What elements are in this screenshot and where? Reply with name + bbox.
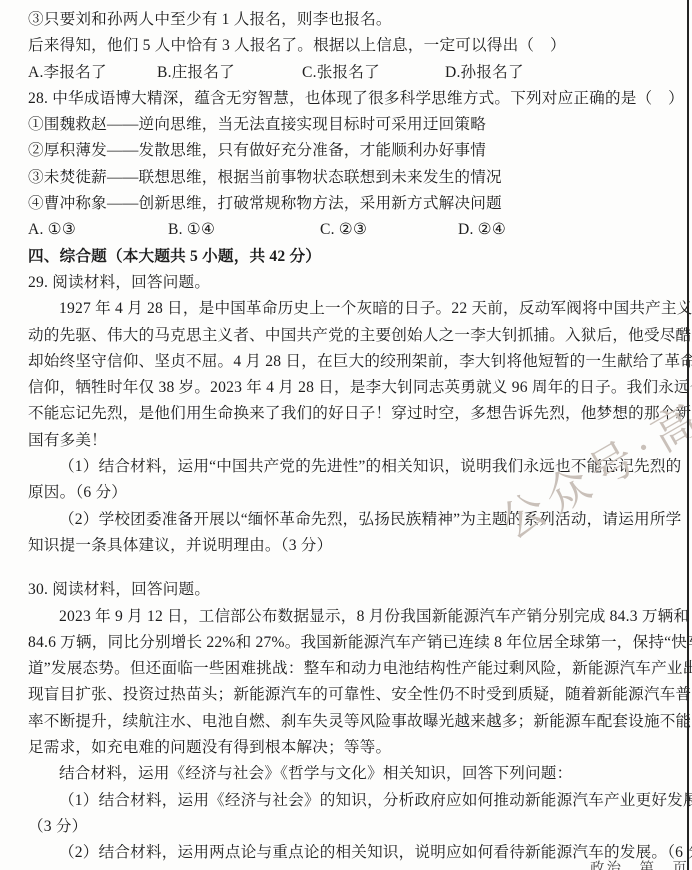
text-line: 84.6 万辆，同比分别增长 22%和 27%。我国新能源汽车产销已连续 8 年… bbox=[28, 630, 672, 656]
text-line: 现盲目扩张、投资过热苗头；新能源汽车的可靠性、安全性仍不时受到质疑，随着新能源汽… bbox=[28, 682, 672, 708]
text-line: 道”发展态势。但还面临一些困难挑战：整车和动力电池结构性产能过剩风险，新能源汽车… bbox=[28, 656, 672, 682]
q27-options-row: A.李报名了 B.庄报名了 C.张报名了 D.孙报名了 bbox=[28, 60, 672, 86]
text-line: 却始终坚守信仰、坚贞不屈。4 月 28 日，在巨大的绞刑架前，李大钊将他短暂的一… bbox=[28, 349, 672, 375]
option-b: B.庄报名了 bbox=[157, 60, 235, 86]
text-line: 后来得知，他们 5 人中恰有 3 人报名了。根据以上信息，一定可以得出（ ） bbox=[28, 33, 672, 59]
text-line: 信仰，牺牲时年仅 38 岁。2023 年 4 月 28 日，是李大钊同志英勇就义… bbox=[28, 375, 672, 401]
text-line: 足需求，如充电难的问题没有得到根本解决；等等。 bbox=[28, 735, 672, 761]
text-line: 1927 年 4 月 28 日，是中国革命历史上一个灰暗的日子。22 天前，反动… bbox=[28, 296, 672, 322]
sub-question-2: （2）结合材料，运用两点论与重点论的相关知识，说明应如何看待新能源汽车的发展。（… bbox=[28, 840, 672, 866]
text-line: 结合材料，运用《经济与社会》《哲学与文化》相关知识，回答下列问题： bbox=[28, 761, 672, 787]
option-b: B. ①④ bbox=[168, 217, 215, 243]
exam-text-content: ③只要刘和孙两人中至少有 1 人报名，则李也报名。 后来得知，他们 5 人中恰有… bbox=[28, 7, 672, 867]
sub-question-1: （1）结合材料，运用“中国共产党的先进性”的相关知识，说明我们永远也不能忘记先烈… bbox=[28, 454, 672, 480]
text-line: 不能忘记先烈，是他们用生命换来了我们的好日子！穿过时空，多想告诉先烈，他梦想的那… bbox=[28, 401, 672, 427]
text-line: ③只要刘和孙两人中至少有 1 人报名，则李也报名。 bbox=[28, 7, 672, 33]
option-c: C. ②③ bbox=[320, 217, 367, 243]
question-28-stem: 28. 中华成语博大精深，蕴含无穷智慧，也体现了很多科学思维方式。下列对应正确的… bbox=[28, 86, 672, 112]
text-line: 知识提一条具体建议，并说明理由。（3 分） bbox=[28, 533, 672, 559]
page-footer-partial: 政治 第 页 bbox=[590, 857, 689, 870]
scan-edge-line bbox=[687, 0, 689, 870]
text-line: ②厚积薄发——发散思维，只有做好充分准备，才能顺利办好事情 bbox=[28, 138, 672, 164]
option-c: C.张报名了 bbox=[302, 60, 380, 86]
option-a: A. ①③ bbox=[28, 217, 76, 243]
option-a: A.李报名了 bbox=[28, 60, 107, 86]
section-heading: 四、综合题（本大题共 5 小题，共 42 分） bbox=[28, 244, 672, 270]
text-line: ③未焚徙薪——联想思维，根据当前事物状态联想到未来发生的情况 bbox=[28, 165, 672, 191]
text-line: 率不断提升，续航注水、电池自燃、刹车失灵等风险事故曝光越来越多；新能源车配套设施… bbox=[28, 709, 672, 735]
question-30-label: 30. 阅读材料，回答问题。 bbox=[28, 577, 672, 603]
text-line: 国有多美！ bbox=[28, 428, 672, 454]
text-line: （3 分） bbox=[28, 814, 672, 840]
sub-question-2: （2）学校团委准备开展以“缅怀革命先烈，弘扬民族精神”为主题的系列活动，请运用所… bbox=[28, 507, 672, 533]
question-29-label: 29. 阅读材料，回答问题。 bbox=[28, 270, 672, 296]
text-line: ④曹冲称象——创新思维，打破常规称物方法，采用新方式解决问题 bbox=[28, 191, 672, 217]
exam-paper-page: ③只要刘和孙两人中至少有 1 人报名，则李也报名。 后来得知，他们 5 人中恰有… bbox=[0, 0, 692, 870]
text-line: 2023 年 9 月 12 日，工信部公布数据显示，8 月份我国新能源汽车产销分… bbox=[28, 604, 672, 630]
text-line: ①围魏救赵——逆向思维，当无法直接实现目标时可采用迂回策略 bbox=[28, 112, 672, 138]
option-d: D. ②④ bbox=[458, 217, 506, 243]
q28-options-row: A. ①③ B. ①④ C. ②③ D. ②④ bbox=[28, 217, 672, 243]
sub-question-1: （1）结合材料，运用《经济与社会》的知识，分析政府应如何推动新能源汽车产业更好发… bbox=[28, 788, 672, 814]
option-d: D.孙报名了 bbox=[445, 60, 524, 86]
text-line: 原因。（6 分） bbox=[28, 480, 672, 506]
text-line: 动的先驱、伟大的马克思主义者、中国共产党的主要创始人之一李大钊抓捕。入狱后，他受… bbox=[28, 323, 672, 349]
